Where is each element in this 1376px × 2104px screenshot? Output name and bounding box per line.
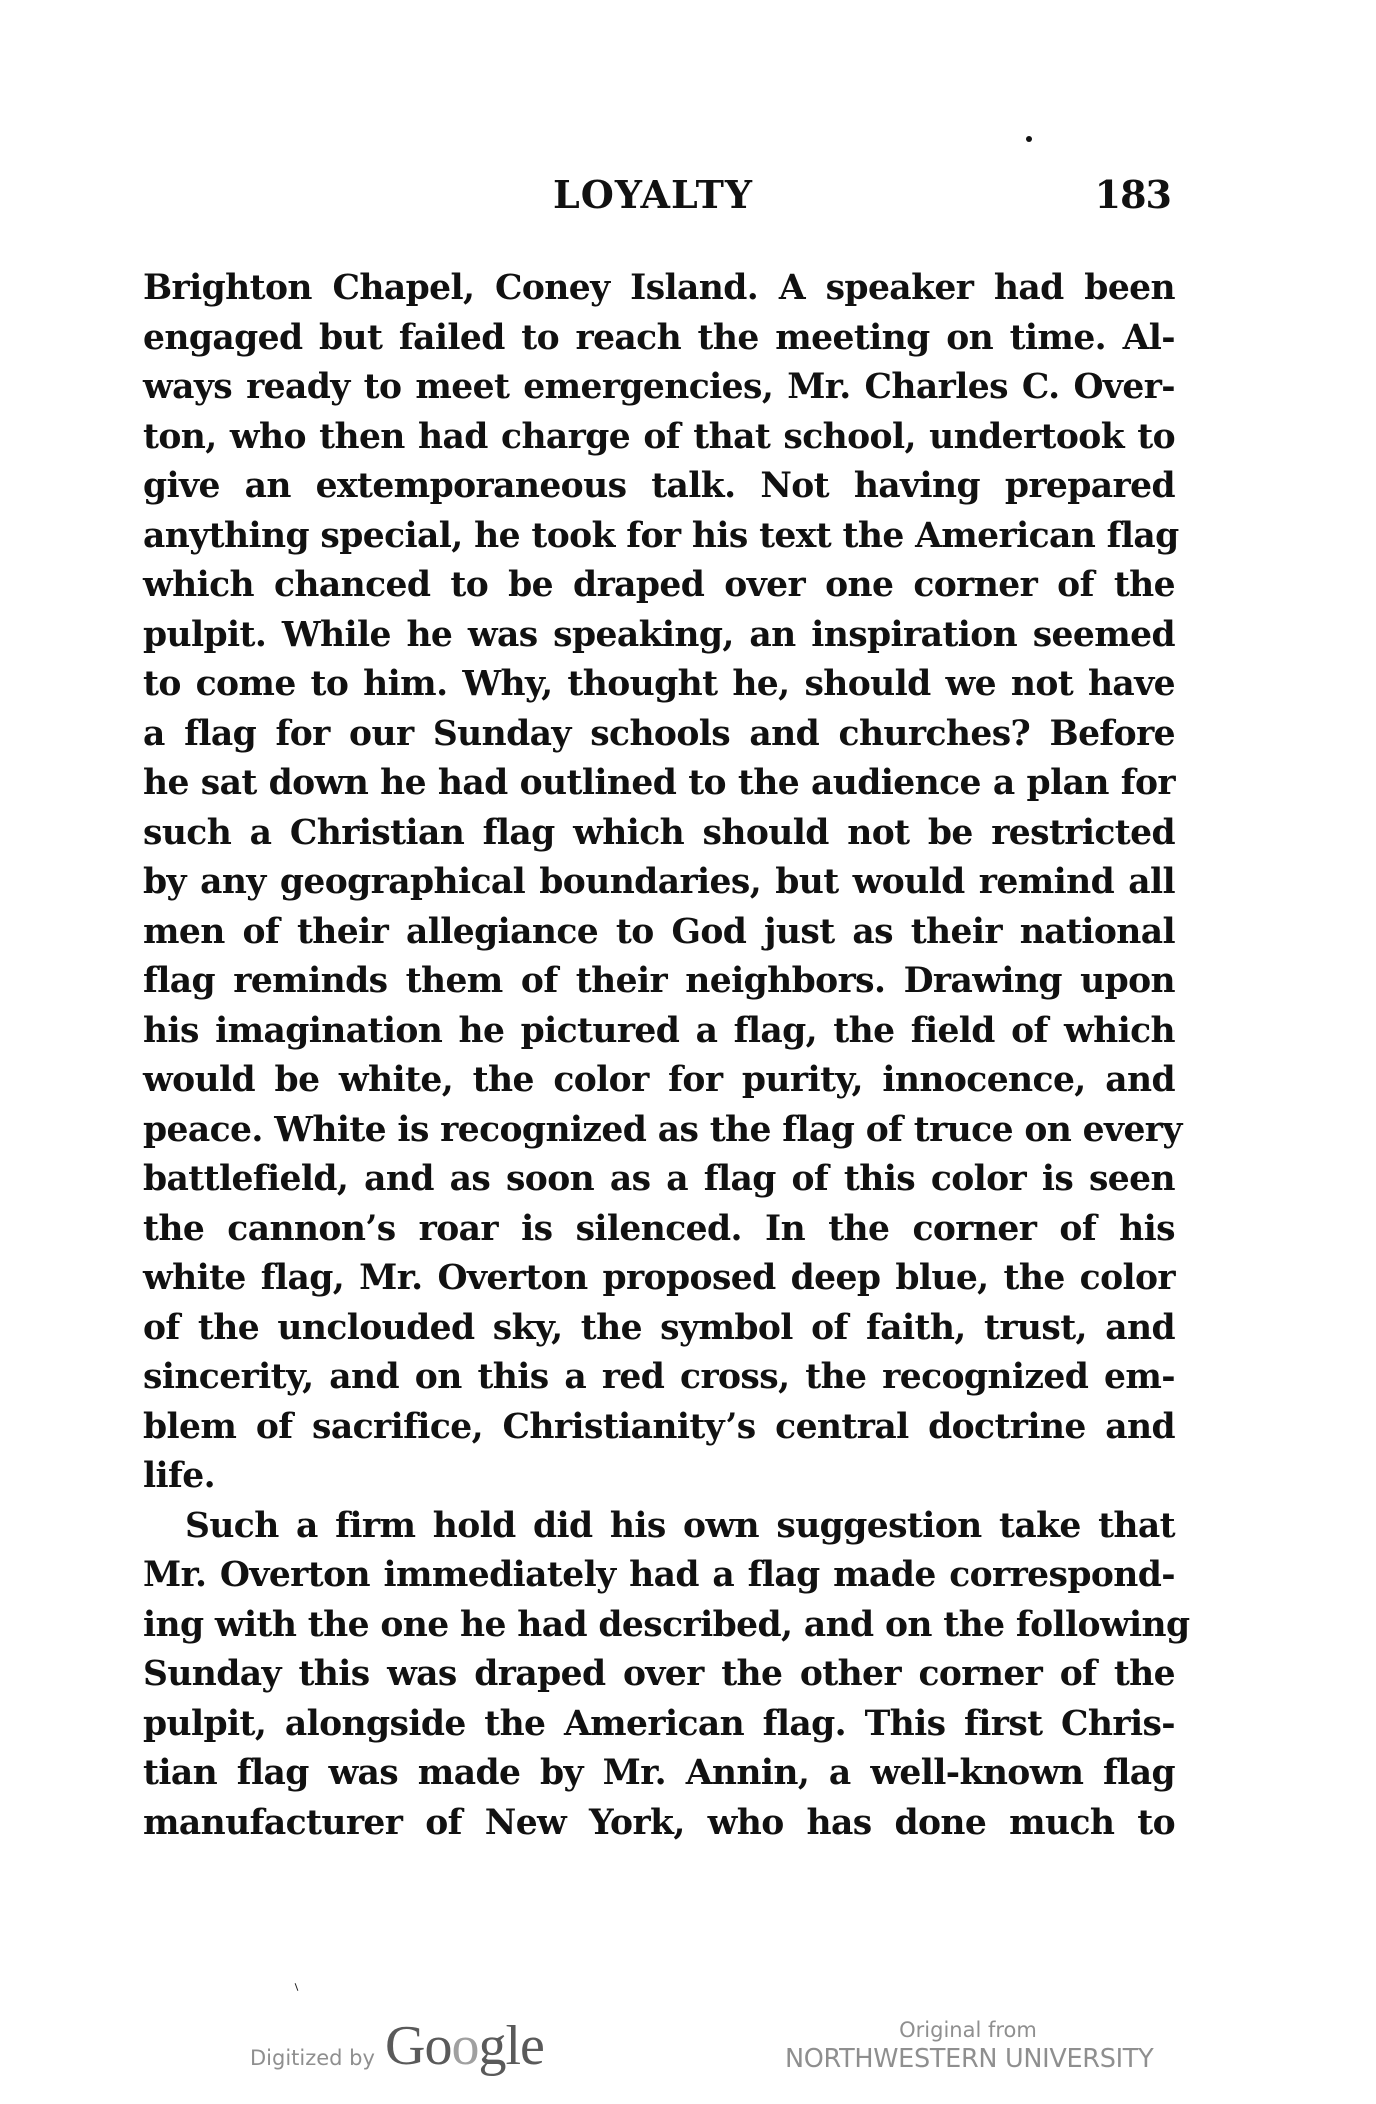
- text-line: give an extemporaneous talk. Not having …: [143, 462, 1175, 512]
- text-line: anything special, he took for his text t…: [143, 512, 1175, 562]
- text-line: manufacturer of New York, who has done m…: [143, 1799, 1175, 1849]
- google-logo-rest: gle: [478, 2015, 543, 2077]
- chapter-title: LOYALTY: [553, 172, 753, 218]
- digitized-by-label: Digitized by: [250, 2046, 375, 2070]
- text-line: tian flag was made by Mr. Annin, a well-…: [143, 1749, 1175, 1799]
- text-line: blem of sacrifice, Christianity’s centra…: [143, 1403, 1175, 1453]
- text-line: he sat down he had outlined to the audie…: [143, 759, 1175, 809]
- text-line-paragraph-start: Such a firm hold did his own suggestion …: [143, 1502, 1175, 1552]
- institution-name: NORTHWESTERN UNIVERSITY: [785, 2044, 1151, 2074]
- text-line: men of their allegiance to God just as t…: [143, 908, 1175, 958]
- text-line: ways ready to meet emergencies, Mr. Char…: [143, 363, 1175, 413]
- text-line: pulpit, alongside the American flag. Thi…: [143, 1700, 1175, 1750]
- google-logo-o2: o: [451, 2015, 478, 2077]
- scan-speck: [1026, 136, 1032, 142]
- text-line: battlefield, and as soon as a flag of th…: [143, 1155, 1175, 1205]
- text-line-paragraph-end: life.: [143, 1452, 1175, 1502]
- text-line: pulpit. While he was speaking, an inspir…: [143, 611, 1175, 661]
- text-line: peace. White is recognized as the flag o…: [143, 1106, 1175, 1156]
- text-line: engaged but failed to reach the meeting …: [143, 314, 1175, 364]
- scan-mark: [295, 1983, 299, 1991]
- running-head: LOYALTY 183: [143, 172, 1173, 218]
- original-from-watermark: Original from NORTHWESTERN UNIVERSITY: [785, 2016, 1151, 2074]
- book-page: LOYALTY 183 Brighton Chapel, Coney Islan…: [0, 0, 1376, 2104]
- text-line: such a Christian flag which should not b…: [143, 809, 1175, 859]
- text-line: sincerity, and on this a red cross, the …: [143, 1353, 1175, 1403]
- text-line: by any geographical boundaries, but woul…: [143, 858, 1175, 908]
- text-line: would be white, the color for purity, in…: [143, 1056, 1175, 1106]
- text-line: his imagination he pictured a flag, the …: [143, 1007, 1175, 1057]
- text-line: ton, who then had charge of that school,…: [143, 413, 1175, 463]
- text-line: a flag for our Sunday schools and church…: [143, 710, 1175, 760]
- text-line: to come to him. Why, thought he, should …: [143, 660, 1175, 710]
- text-line: flag reminds them of their neighbors. Dr…: [143, 957, 1175, 1007]
- original-from-label: Original from: [785, 2016, 1151, 2044]
- text-line: white flag, Mr. Overton proposed deep bl…: [143, 1254, 1175, 1304]
- google-logo-o1: o: [424, 2015, 451, 2077]
- text-line: of the unclouded sky, the symbol of fait…: [143, 1304, 1175, 1354]
- text-line: Brighton Chapel, Coney Island. A speaker…: [143, 264, 1175, 314]
- text-line: ing with the one he had described, and o…: [143, 1601, 1175, 1651]
- google-logo-g: G: [385, 2015, 424, 2077]
- page-number: 183: [1095, 172, 1171, 218]
- text-line: Mr. Overton immediately had a flag made …: [143, 1551, 1175, 1601]
- page-body: Brighton Chapel, Coney Island. A speaker…: [143, 264, 1175, 1848]
- google-logo: Google: [385, 2014, 544, 2078]
- text-line: Sunday this was draped over the other co…: [143, 1650, 1175, 1700]
- text-line: the cannon’s roar is silenced. In the co…: [143, 1205, 1175, 1255]
- text-line: which chanced to be draped over one corn…: [143, 561, 1175, 611]
